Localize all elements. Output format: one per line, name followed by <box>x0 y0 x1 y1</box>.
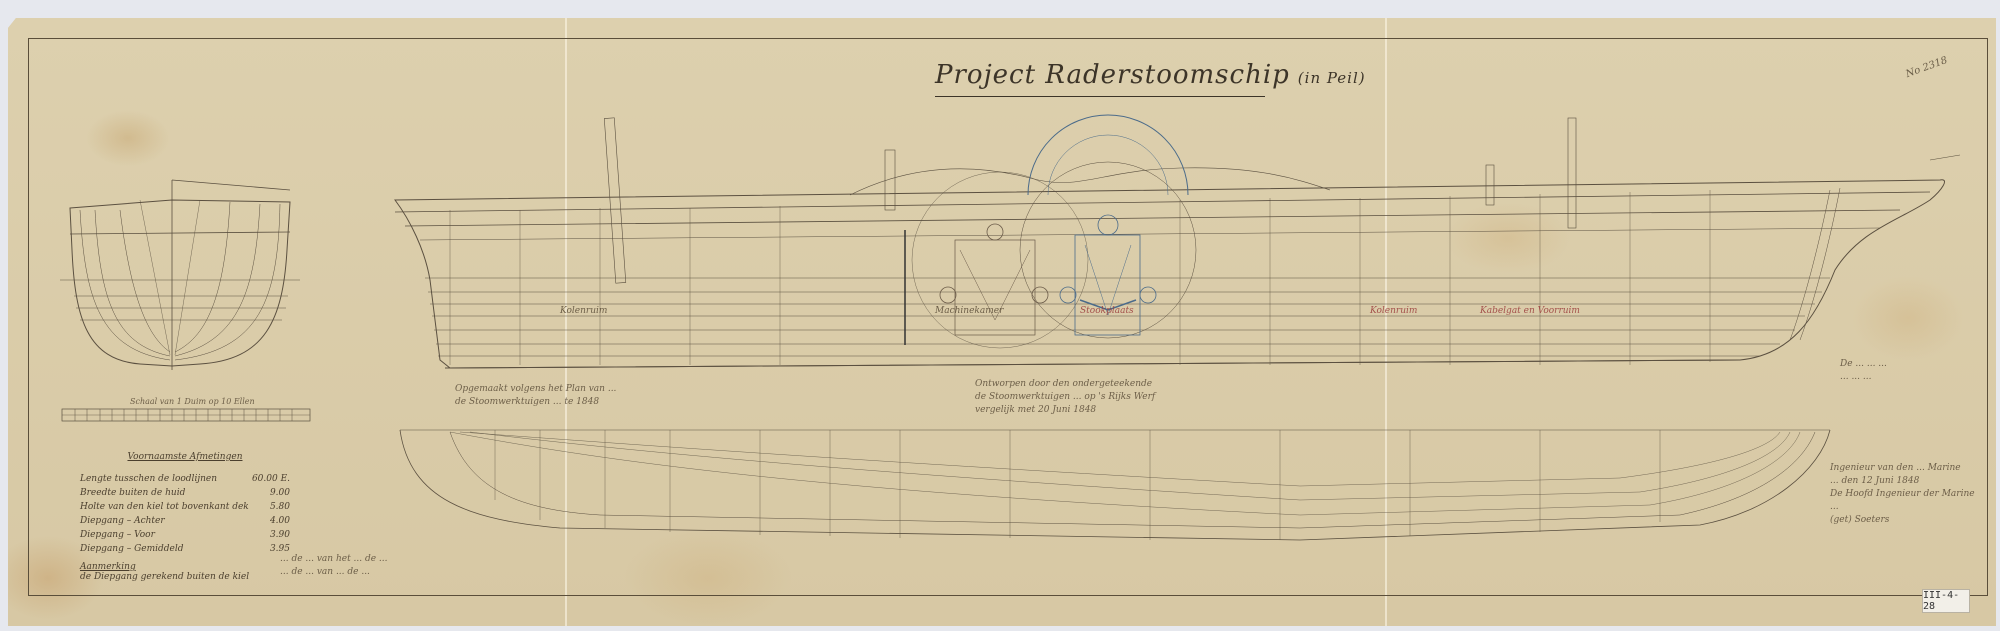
specifications-table: Voornaamste Afmetingen Lengte tusschen d… <box>80 452 290 582</box>
compartment-label: Kolenruim <box>1370 305 1417 318</box>
compartment-label: Kolenruim <box>560 305 607 318</box>
compartment-label: Kabelgat en Voorruim <box>1480 305 1580 318</box>
spec-label: Diepgang – Achter <box>80 514 165 528</box>
right-note-top: De ... ... ... ... ... ... <box>1840 358 1887 384</box>
spec-value: 9.00 <box>270 486 290 500</box>
spec-label: Diepgang – Voor <box>80 528 155 542</box>
spec-label: Lengte tusschen de loodlijnen <box>80 472 217 486</box>
compartment-label: Machinekamer <box>935 305 1003 318</box>
bottom-note: ... de ... van het ... de ... ... de ...… <box>280 553 388 579</box>
compartment-label: Stookplaats <box>1080 305 1134 318</box>
remark-heading: Aanmerking <box>80 562 290 572</box>
spec-row: Diepgang – Gemiddeld3.95 <box>80 542 290 556</box>
spec-row: Diepgang – Voor3.90 <box>80 528 290 542</box>
spec-value: 3.90 <box>270 528 290 542</box>
spec-row: Lengte tusschen de loodlijnen60.00 E. <box>80 472 290 486</box>
spec-value: 5.80 <box>270 500 290 514</box>
remark-text: de Diepgang gerekend buiten de kiel <box>80 572 290 582</box>
scale-bar <box>62 409 310 421</box>
spec-label: Holte van den kiel tot bovenkant dek <box>80 500 249 514</box>
specifications-heading: Voornaamste Afmetingen <box>80 452 290 462</box>
spec-row: Holte van den kiel tot bovenkant dek5.80 <box>80 500 290 514</box>
spec-row: Breedte buiten de huid9.00 <box>80 486 290 500</box>
spec-label: Diepgang – Gemiddeld <box>80 542 184 556</box>
sheer-plan <box>395 115 1960 368</box>
scale-caption: Schaal van 1 Duim op 10 Ellen <box>130 395 255 408</box>
spec-row: Diepgang – Achter4.00 <box>80 514 290 528</box>
right-note-signature: Ingenieur van den ... Marine ... den 12 … <box>1830 462 1975 527</box>
spec-value: 4.00 <box>270 514 290 528</box>
half-breadth-plan <box>400 430 1830 540</box>
spec-value: 60.00 E. <box>252 472 290 486</box>
left-hull-note: Opgemaakt volgens het Plan van ... de St… <box>455 383 616 409</box>
body-plan <box>60 180 300 370</box>
spec-label: Breedte buiten de huid <box>80 486 185 500</box>
center-note: Ontworpen door den ondergeteekende de St… <box>975 378 1155 417</box>
